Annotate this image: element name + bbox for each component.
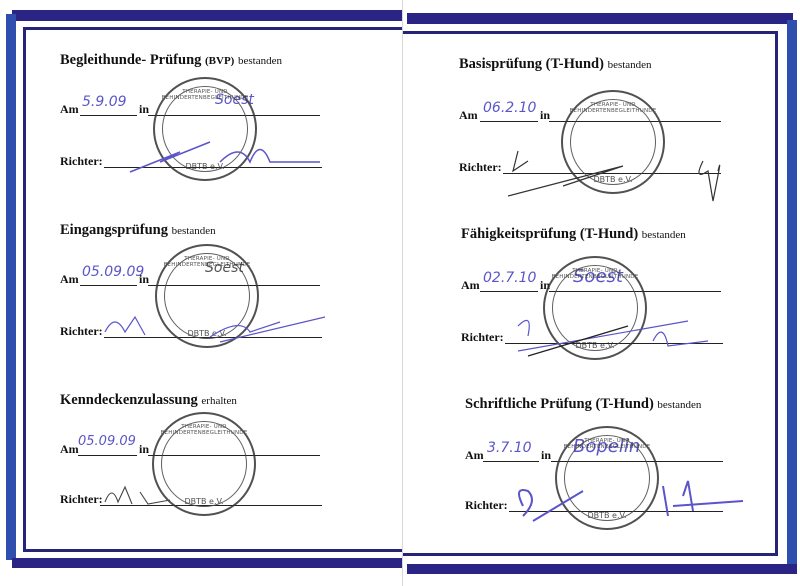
judge-label: Richter: (459, 160, 502, 175)
left-page: Begleithunde- Prüfung (BVP) bestanden Am… (0, 0, 403, 586)
judge-signature (100, 482, 180, 512)
judge-signature (513, 476, 743, 526)
date-label: Am (459, 108, 478, 123)
frame-bottom-bar (407, 564, 797, 574)
exam-title: Eingangsprüfung bestanden (60, 222, 216, 239)
judge-label: Richter: (60, 154, 103, 169)
date-label: Am (60, 272, 79, 287)
date-label: Am (461, 278, 480, 293)
judge-signature (100, 307, 330, 347)
date-value: 02.7.10 (483, 270, 536, 286)
frame-left-bar (6, 14, 16, 560)
judge-label: Richter: (60, 492, 103, 507)
date-label: Am (60, 442, 79, 457)
date-value: 06.2.10 (483, 100, 536, 116)
date-line (483, 461, 539, 462)
frame-top-bar (12, 10, 402, 21)
judge-label: Richter: (60, 324, 103, 339)
exam-title: Schriftliche Prüfung (T-Hund) bestanden (465, 396, 701, 413)
date-line (80, 285, 137, 286)
date-line (480, 291, 538, 292)
date-line (78, 455, 137, 456)
exam-title: Fähigkeitsprüfung (T-Hund) bestanden (461, 226, 686, 243)
date-line (480, 121, 538, 122)
date-value: 5.9.09 (82, 94, 127, 110)
judge-signature (508, 311, 708, 361)
exam-title: Basisprüfung (T-Hund) bestanden (459, 56, 652, 73)
date-line (80, 115, 137, 116)
judge-signature (120, 132, 320, 182)
date-value: 3.7.10 (487, 440, 532, 456)
date-value: 05.09.09 (82, 264, 144, 280)
exam-title: Begleithunde- Prüfung (BVP) bestanden (60, 52, 282, 69)
judge-signature (503, 141, 723, 211)
judge-label: Richter: (461, 330, 504, 345)
judge-label: Richter: (465, 498, 508, 513)
right-page: Basisprüfung (T-Hund) bestanden Am 06.2.… (403, 0, 800, 586)
date-label: Am (465, 448, 484, 463)
date-label: Am (60, 102, 79, 117)
frame-right-bar (787, 20, 797, 566)
place-label: in (541, 448, 551, 463)
exam-title: Kenndeckenzulassung erhalten (60, 392, 237, 409)
date-value: 05.09.09 (78, 434, 136, 449)
frame-top-bar (407, 13, 793, 24)
frame-bottom-bar (12, 558, 402, 568)
